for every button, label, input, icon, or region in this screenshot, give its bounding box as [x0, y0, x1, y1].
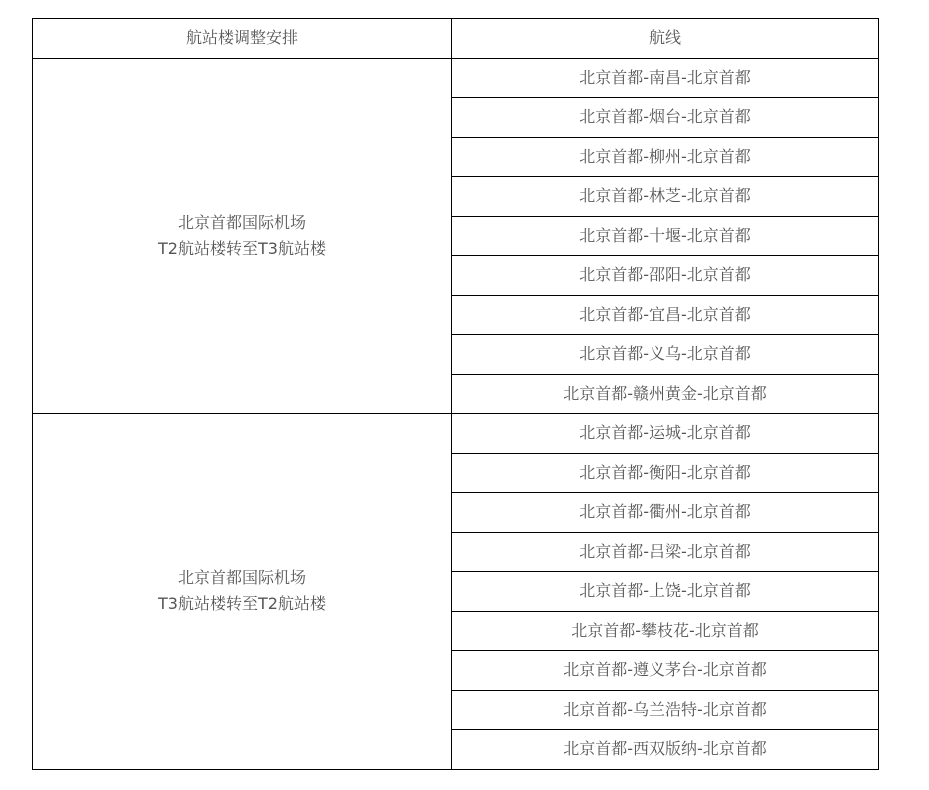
- arrangement-cell-t2-to-t3: 北京首都国际机场 T2航站楼转至T3航站楼: [33, 58, 452, 414]
- route-cell: 北京首都-乌兰浩特-北京首都: [452, 690, 879, 730]
- route-cell: 北京首都-义乌-北京首都: [452, 335, 879, 375]
- arrangement-airport: 北京首都国际机场: [33, 565, 451, 591]
- header-route: 航线: [452, 19, 879, 59]
- route-cell: 北京首都-遵义茅台-北京首都: [452, 651, 879, 691]
- arrangement-airport: 北京首都国际机场: [33, 210, 451, 236]
- route-cell: 北京首都-宜昌-北京首都: [452, 295, 879, 335]
- route-cell: 北京首都-攀枝花-北京首都: [452, 611, 879, 651]
- arrangement-cell-t3-to-t2: 北京首都国际机场 T3航站楼转至T2航站楼: [33, 414, 452, 770]
- route-cell: 北京首都-上饶-北京首都: [452, 572, 879, 612]
- route-cell: 北京首都-吕梁-北京首都: [452, 532, 879, 572]
- route-cell: 北京首都-烟台-北京首都: [452, 98, 879, 138]
- table-row: 北京首都国际机场 T3航站楼转至T2航站楼 北京首都-运城-北京首都: [33, 414, 879, 454]
- table-row: 北京首都国际机场 T2航站楼转至T3航站楼 北京首都-南昌-北京首都: [33, 58, 879, 98]
- arrangement-detail: T3航站楼转至T2航站楼: [33, 591, 451, 617]
- route-cell: 北京首都-西双版纳-北京首都: [452, 730, 879, 770]
- route-cell: 北京首都-林芝-北京首都: [452, 177, 879, 217]
- header-arrangement: 航站楼调整安排: [33, 19, 452, 59]
- terminal-adjustment-table: 航站楼调整安排 航线 北京首都国际机场 T2航站楼转至T3航站楼 北京首都-南昌…: [32, 18, 879, 770]
- arrangement-detail: T2航站楼转至T3航站楼: [33, 236, 451, 262]
- route-cell: 北京首都-衡阳-北京首都: [452, 453, 879, 493]
- route-cell: 北京首都-运城-北京首都: [452, 414, 879, 454]
- header-row: 航站楼调整安排 航线: [33, 19, 879, 59]
- route-cell: 北京首都-赣州黄金-北京首都: [452, 374, 879, 414]
- route-cell: 北京首都-南昌-北京首都: [452, 58, 879, 98]
- route-cell: 北京首都-十堰-北京首都: [452, 216, 879, 256]
- route-cell: 北京首都-柳州-北京首都: [452, 137, 879, 177]
- route-cell: 北京首都-衢州-北京首都: [452, 493, 879, 533]
- route-cell: 北京首都-邵阳-北京首都: [452, 256, 879, 296]
